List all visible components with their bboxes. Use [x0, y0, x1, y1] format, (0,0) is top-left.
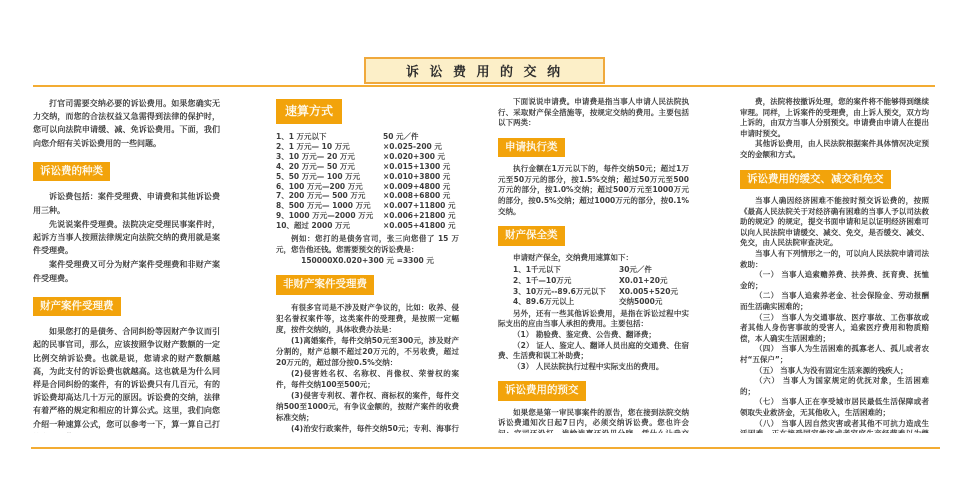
table-row: 8、500 万元— 1000 万元×0.007+11800 元 — [276, 201, 459, 211]
example-formula: 150000X0.020+300 元 =3300 元 — [276, 255, 459, 266]
intro-paragraph: 打官司需要交纳必要的诉讼费用。如果您确实无力交纳，而您的合法权益又急需得到法律的… — [33, 97, 220, 150]
section-header-property-case-fee: 财产案件受理费 — [33, 297, 121, 317]
paragraph: 当事人确因经济困难不能按时预交诉讼费的，按照《最高人民法院关于对经济确有困难的当… — [740, 196, 929, 249]
table-row: 9、1000 万元—2000 万元×0.006+21800 元 — [276, 211, 459, 221]
list-item: （2） 证人、鉴定人、翻译人员出庭的交通费、住宿费、生活费和误工补助费； — [498, 341, 689, 362]
table-row: 7、200 万元— 500 万元×0.008+6800 元 — [276, 191, 459, 201]
section-header-property-preservation: 财产保全类 — [498, 226, 565, 246]
fee-value: X0.005+520元 — [619, 287, 689, 298]
table-row: 10、超过 2000 万元×0.005+41800 元 — [276, 221, 459, 231]
table-row: 3、10万元--89.6万元以下X0.005+520元 — [498, 287, 689, 298]
list-item: （六） 当事人为国家规定的优抚对象，生活困难的； — [740, 376, 929, 397]
fee-range: 6、100 万元—200 万元 — [276, 182, 383, 192]
section-header-apply-execution: 申请执行类 — [498, 138, 565, 158]
fee-range: 3、10 万元— 20 万元 — [276, 152, 383, 162]
fee-range: 8、500 万元— 1000 万元 — [276, 201, 383, 211]
table-row: 4、89.6万元以上交纳5000元 — [498, 297, 689, 308]
top-divider-rule — [33, 85, 935, 87]
fee-range: 10、超过 2000 万元 — [276, 221, 383, 231]
fee-value: X0.01+20元 — [619, 276, 689, 287]
column-1: 打官司需要交纳必要的诉讼费用。如果您确实无力交纳，而您的合法权益又急需得到法律的… — [33, 97, 220, 433]
paragraph: 执行金额在1万元以下的，每件交纳50元；超过1万元至50万元的部分，按1.5%交… — [498, 164, 689, 217]
paragraph: 诉讼费包括：案件受理费、申请费和其他诉讼费用三种。 — [33, 190, 220, 216]
list-item: (3)侵害专利权、著作权、商标权的案件，每件交纳500至1000元，有争议金额的… — [276, 390, 459, 423]
page-title-box: 诉 讼 费 用 的 交 纳 — [364, 57, 605, 84]
fee-quick-calc-table: 1、1 万元以下50 元／件 2、1 万元— 10 万元×0.025-200 元… — [276, 132, 459, 231]
fee-range: 4、20 万元— 50 万元 — [276, 162, 383, 172]
paragraph: 先说说案件受理费。法院决定受理民事案件时，起诉方当事人按照法律规定向法院交纳的费… — [33, 218, 220, 258]
fee-value: ×0.006+21800 元 — [383, 211, 459, 221]
paragraph: 如果您打的是债务、合同纠纷等因财产争议而引起的民事官司，那么，应该按照争议财产数… — [33, 325, 220, 433]
fee-value: 交纳5000元 — [619, 297, 689, 308]
section-header-fee-types: 诉讼费的种类 — [33, 162, 110, 182]
bottom-divider-rule — [31, 447, 940, 449]
section-header-defer-reduce-exempt: 诉讼费用的缓交、减交和免交 — [740, 170, 891, 190]
fee-range: 2、1 万元— 10 万元 — [276, 142, 383, 152]
list-item: (1)离婚案件，每件交纳50元至300元，涉及财产分割的，财产总额不超过20万元… — [276, 335, 459, 368]
paragraph: 另外，还有一些其他诉讼费用，是指在诉讼过程中实际支出的应由当事人承担的费用。主要… — [498, 309, 689, 330]
table-row: 1、1 万元以下50 元／件 — [276, 132, 459, 142]
page-title: 诉 讼 费 用 的 交 纳 — [406, 61, 563, 80]
fee-value: ×0.008+6800 元 — [383, 191, 459, 201]
fee-value: ×0.020+300 元 — [383, 152, 459, 162]
table-row: 6、100 万元—200 万元×0.009+4800 元 — [276, 182, 459, 192]
fee-value: ×0.007+11800 元 — [383, 201, 459, 211]
column-2: 速算方式 1、1 万元以下50 元／件 2、1 万元— 10 万元×0.025-… — [276, 97, 459, 433]
fee-value: ×0.009+4800 元 — [383, 182, 459, 192]
fee-value: ×0.005+41800 元 — [383, 221, 459, 231]
table-row: 1、1千元以下30元／件 — [498, 265, 689, 276]
list-item: （3） 人民法院执行过程中实际支出的费用。 — [498, 362, 689, 373]
section-header-non-property-fee: 非财产案件受理费 — [276, 275, 374, 295]
paragraph: 有很多官司是不涉及财产争议的，比如：收养、侵犯名誉权案件等，这类案件的受理费，是… — [276, 302, 459, 335]
list-item: （一） 当事人追索赡养费、扶养费、抚育费、抚恤金的； — [740, 270, 929, 291]
list-item: （二） 当事人追索养老金、社会保险金、劳动报酬而生活确实困难的； — [740, 291, 929, 312]
list-item: （1） 勘验费、鉴定费、公告费、翻译费； — [498, 330, 689, 341]
table-row: 3、10 万元— 20 万元×0.020+300 元 — [276, 152, 459, 162]
list-item: (4)治安行政案件，每件交纳50元；专利、海事行政案件及商标行政案件，每件交纳1… — [276, 423, 459, 433]
fee-value: ×0.015+1300 元 — [383, 162, 459, 172]
section-header-quick-calc: 速算方式 — [276, 99, 342, 124]
table-row: 2、1千—10万元X0.01+20元 — [498, 276, 689, 287]
preservation-fee-table: 1、1千元以下30元／件 2、1千—10万元X0.01+20元 3、10万元--… — [498, 265, 689, 307]
list-item: （八） 当事人因自然灾害或者其他不可抗力造成生活困难，正在接受国家救济或者家庭生… — [740, 419, 929, 433]
fee-range: 2、1千—10万元 — [498, 276, 619, 287]
fee-range: 7、200 万元— 500 万元 — [276, 191, 383, 201]
fee-value: ×0.010+3800 元 — [383, 172, 459, 182]
list-item: (2)侵害姓名权、名称权、肖像权、荣誉权的案件，每件交纳100至500元； — [276, 368, 459, 390]
fee-range: 5、50 万元— 100 万元 — [276, 172, 383, 182]
section-header-advance-payment: 诉讼费用的预交 — [498, 381, 586, 401]
fee-range: 1、1千元以下 — [498, 265, 619, 276]
table-row: 4、20 万元— 50 万元×0.015+1300 元 — [276, 162, 459, 172]
paragraph: 下面说说申请费。申请费是指当事人申请人民法院执行、采取财产保全措施等，按规定交纳… — [498, 97, 689, 129]
fee-range: 3、10万元--89.6万元以下 — [498, 287, 619, 298]
paragraph: 案件受理费又可分为财产案件受理费和非财产案件受理费。 — [33, 258, 220, 284]
example-text: 例如：您打的是债务官司，张三向您借了 15 万元，您告他还钱。您需要预交的诉讼费… — [276, 233, 459, 255]
column-4: 费，法院将按撤诉处理，您的案件将不能够得到继续审理。同样，上诉案件的受理费，由上… — [740, 97, 929, 433]
table-row: 2、1 万元— 10 万元×0.025-200 元 — [276, 142, 459, 152]
leaflet-page: 诉 讼 费 用 的 交 纳 打官司需要交纳必要的诉讼费用。如果您确实无力交纳，而… — [0, 0, 968, 495]
fee-range: 4、89.6万元以上 — [498, 297, 619, 308]
fee-value: ×0.025-200 元 — [383, 142, 459, 152]
fee-value: 30元／件 — [619, 265, 689, 276]
table-row: 5、50 万元— 100 万元×0.010+3800 元 — [276, 172, 459, 182]
list-item: （七） 当事人正在享受城市居民最低生活保障或者领取失业救济金，无其他收入，生活困… — [740, 397, 929, 418]
list-item: （四） 当事人为生活困难的孤寡老人、孤儿或者农村“五保户”； — [740, 344, 929, 365]
fee-range: 1、1 万元以下 — [276, 132, 383, 142]
paragraph: 其他诉讼费用，由人民法院根据案件具体情况决定预交的金额和方式。 — [740, 139, 929, 160]
fee-value: 50 元／件 — [383, 132, 459, 142]
list-item: （三） 当事人为交通事故、医疗事故、工伤事故或者其他人身伤害事故的受害人，追索医… — [740, 313, 929, 345]
fee-range: 9、1000 万元—2000 万元 — [276, 211, 383, 221]
paragraph: 当事人有下列情形之一的，可以向人民法院申请司法救助： — [740, 249, 929, 270]
list-item: （五） 当事人为没有固定生活来源的残疾人； — [740, 366, 929, 377]
column-3: 下面说说申请费。申请费是指当事人申请人民法院执行、采取财产保全措施等，按规定交纳… — [498, 97, 689, 433]
paragraph: 如果您是第一审民事案件的原告，您在接到法院交纳诉讼费通知次日起7日内，必须交纳诉… — [498, 408, 689, 433]
paragraph: 费，法院将按撤诉处理，您的案件将不能够得到继续审理。同样，上诉案件的受理费，由上… — [740, 97, 929, 139]
paragraph: 申请财产保全，交纳费用速算如下： — [498, 253, 689, 264]
